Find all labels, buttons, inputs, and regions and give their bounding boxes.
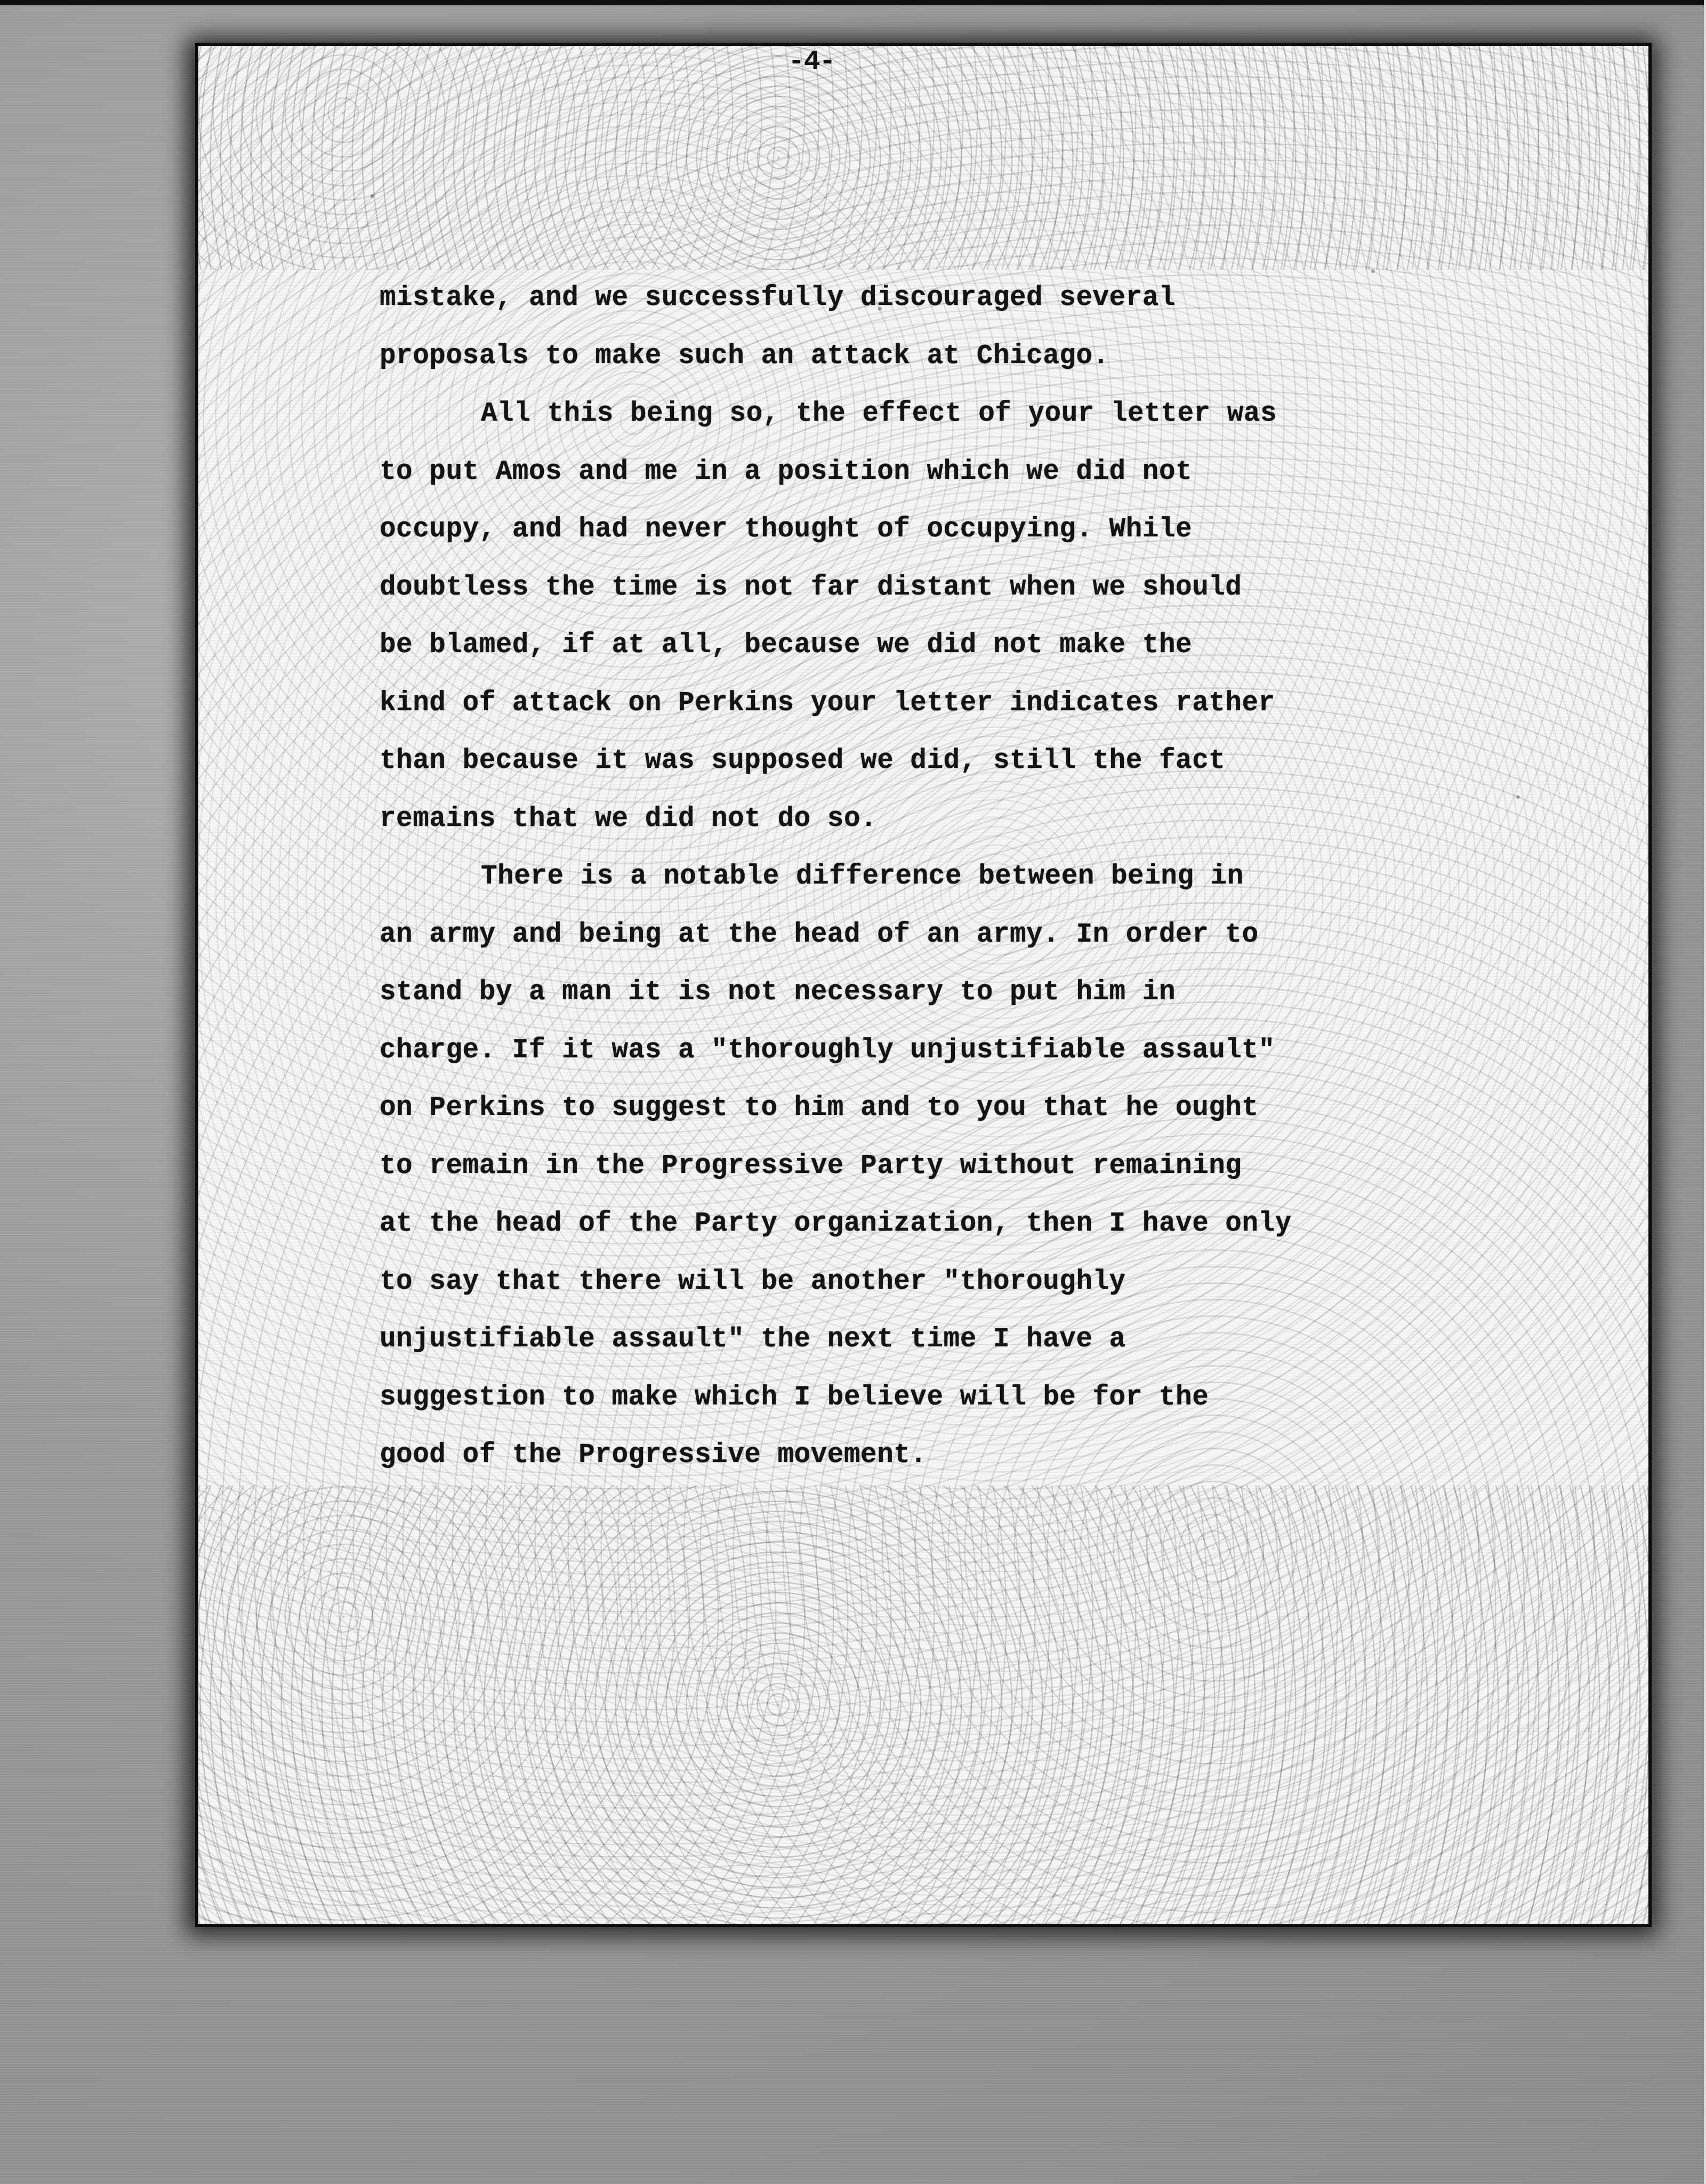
text-line: doubtless the time is not far distant wh… bbox=[380, 559, 1606, 617]
paragraph-start-line: All this being so, the effect of your le… bbox=[380, 386, 1606, 444]
text-line: occupy, and had never thought of occupyi… bbox=[380, 501, 1606, 559]
paper-speckle-top bbox=[198, 46, 1648, 270]
text-line: kind of attack on Perkins your letter in… bbox=[380, 675, 1606, 733]
scan-right-border bbox=[1704, 0, 1706, 2184]
text-line: proposals to make such an attack at Chic… bbox=[380, 328, 1606, 386]
paragraph-start-line: There is a notable difference between be… bbox=[380, 848, 1606, 906]
text-line: to remain in the Progressive Party witho… bbox=[380, 1138, 1606, 1196]
text-line: charge. If it was a "thoroughly unjustif… bbox=[380, 1022, 1606, 1080]
document-page: -4- mistake, and we successfully discour… bbox=[198, 46, 1648, 1924]
text-line: be blamed, if at all, because we did not… bbox=[380, 617, 1606, 675]
text-line: an army and being at the head of an army… bbox=[380, 906, 1606, 965]
text-line: to put Amos and me in a position which w… bbox=[380, 444, 1606, 502]
paper-speckle-bottom bbox=[198, 1486, 1648, 1924]
text-line: mistake, and we successfully discouraged… bbox=[380, 270, 1606, 328]
text-line: on Perkins to suggest to him and to you … bbox=[380, 1080, 1606, 1138]
text-line: remains that we did not do so. bbox=[380, 791, 1606, 849]
page-number: -4- bbox=[769, 46, 854, 77]
text-line: at the head of the Party organization, t… bbox=[380, 1195, 1606, 1254]
text-line: suggestion to make which I believe will … bbox=[380, 1369, 1606, 1427]
text-line: than because it was supposed we did, sti… bbox=[380, 733, 1606, 791]
text-line: to say that there will be another "thoro… bbox=[380, 1254, 1606, 1312]
letter-body: mistake, and we successfully discouraged… bbox=[380, 270, 1606, 1485]
text-line: stand by a man it is not necessary to pu… bbox=[380, 964, 1606, 1022]
text-line: good of the Progressive movement. bbox=[380, 1427, 1606, 1485]
scan-top-border bbox=[0, 0, 1706, 5]
text-line: unjustifiable assault" the next time I h… bbox=[380, 1311, 1606, 1369]
